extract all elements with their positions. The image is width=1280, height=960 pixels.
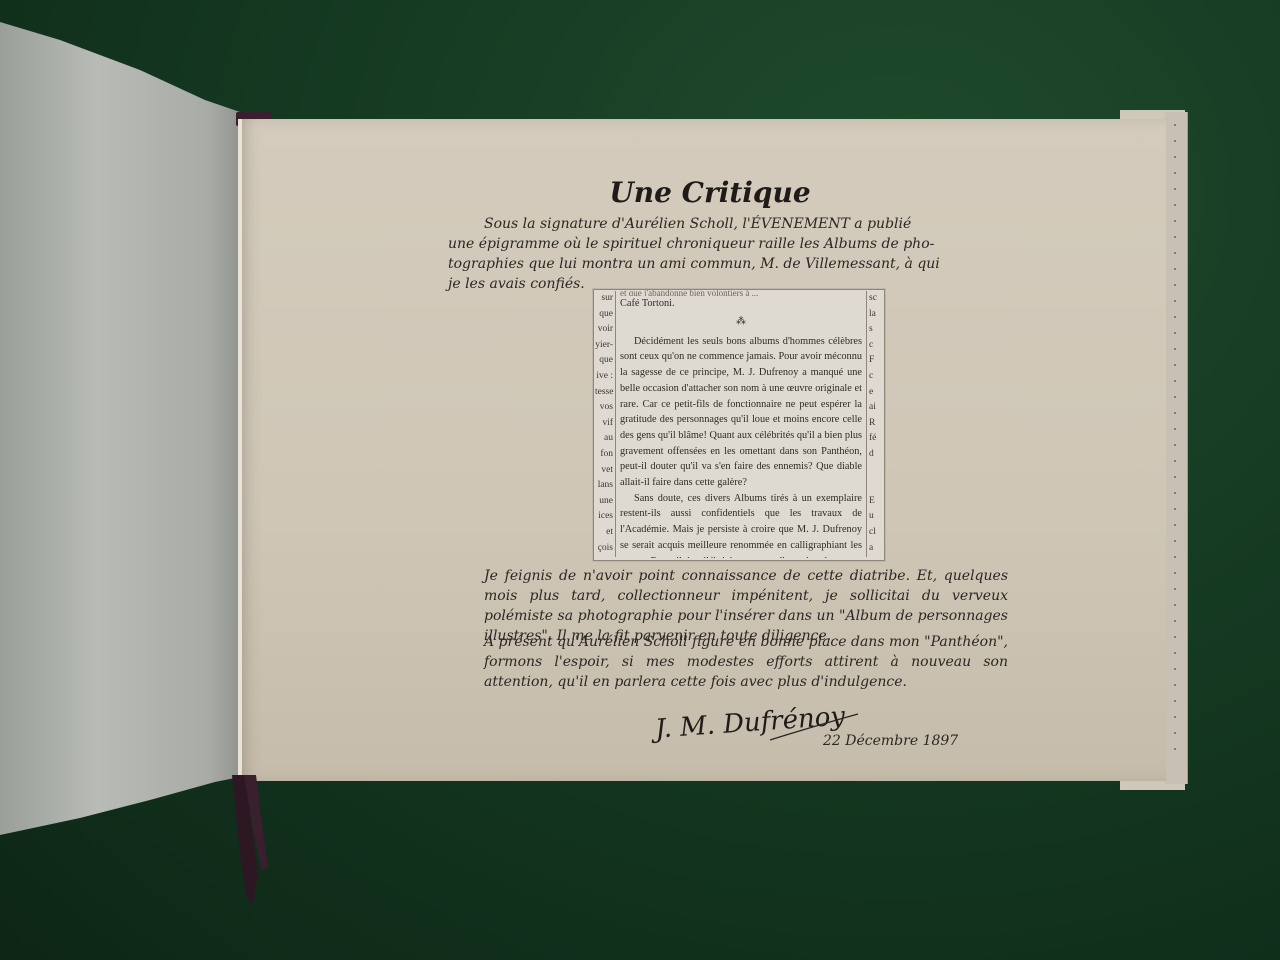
clipping-body: et que j'abandonne bien volontiers à ...… [620, 290, 862, 558]
fragment [869, 463, 884, 479]
ribbon-icon [228, 775, 268, 915]
fragment: u [869, 509, 884, 525]
fragment: fé [869, 431, 884, 447]
fragment: une [595, 494, 613, 510]
intro-line: tographies que lui montra un ami commun,… [448, 254, 1008, 274]
clipping-right-column: sc la s c F c e ai R fé d E u cl a la [866, 291, 884, 557]
fragment: vif [595, 416, 613, 432]
fragment: a [869, 541, 884, 557]
binding-stitches [1174, 124, 1176, 764]
clipping-left-column: sur que voir yier- que ive : tesse vos v… [595, 291, 616, 557]
fragment: ices [595, 509, 613, 525]
fragment: vet [595, 463, 613, 479]
body-paragraph: A présent qu'Aurélien Scholl figure en b… [448, 632, 1008, 692]
intro-paragraph: Sous la signature d'Aurélien Scholl, l'É… [448, 214, 1008, 294]
fragment: vos [595, 400, 613, 416]
fragment [869, 478, 884, 494]
date: 22 Décembre 1897 [823, 733, 958, 749]
fragment: sur [595, 291, 613, 307]
fragment: lans [595, 478, 613, 494]
page-gutter [238, 119, 242, 781]
page-stack-edge-inner [1165, 112, 1188, 784]
fragment: la [869, 307, 884, 323]
ribbon-bookmark[interactable] [228, 775, 268, 915]
fragment: yen [595, 556, 613, 557]
fragment: sc [869, 291, 884, 307]
fragment: d [869, 447, 884, 463]
fragment: yier- [595, 338, 613, 354]
page-title: Une Critique [590, 176, 830, 209]
fragment: ai [869, 400, 884, 416]
fragment: c [869, 338, 884, 354]
fragment: s [869, 322, 884, 338]
fragment: et [595, 525, 613, 541]
fragment: F [869, 353, 884, 369]
fragment: c [869, 369, 884, 385]
intro-line: une épigramme où le spirituel chroniqueu… [448, 234, 1008, 254]
fragment: cl [869, 525, 884, 541]
clipping-first-line: Café Tortoni. [620, 296, 862, 312]
fragment: tesse [595, 385, 613, 401]
fragment: fon [595, 447, 613, 463]
fragment: que [595, 307, 613, 323]
fragment: la [869, 556, 884, 557]
clipping-paragraph: Sans doute, ces divers Albums tirés à un… [620, 491, 862, 558]
fragment: que [595, 353, 613, 369]
intro-line: Sous la signature d'Aurélien Scholl, l'É… [448, 214, 1008, 234]
clipping-paragraph: Décidément les seuls bons albums d'homme… [620, 334, 862, 491]
left-page [0, 0, 245, 900]
fragment: au [595, 431, 613, 447]
asterism-icon: ⁂ [620, 318, 862, 326]
fragment: ive : [595, 369, 613, 385]
fragment: E [869, 494, 884, 510]
fragment: voir [595, 322, 613, 338]
fragment: e [869, 385, 884, 401]
body-paragraph-text: A présent qu'Aurélien Scholl figure en b… [448, 632, 1008, 692]
fragment: çois [595, 541, 613, 557]
fragment: R [869, 416, 884, 432]
